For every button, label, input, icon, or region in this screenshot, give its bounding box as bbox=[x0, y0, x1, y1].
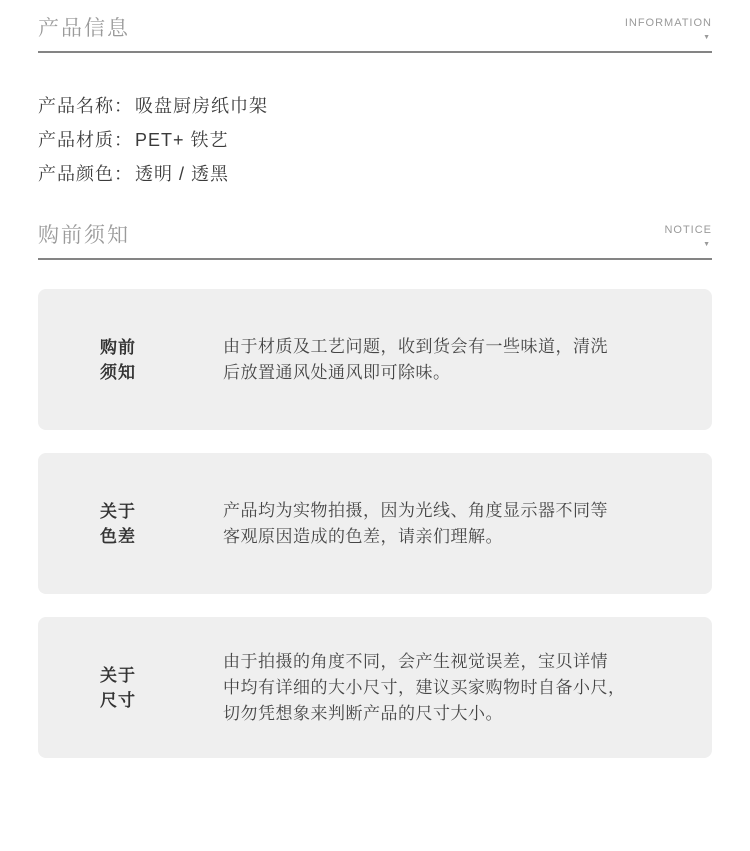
product-color-row: 产品颜色：透明 / 透黑 bbox=[38, 157, 712, 191]
card-text-line: 客观原因造成的色差，请亲们理解。 bbox=[223, 524, 656, 550]
product-name-label: 产品名称： bbox=[38, 96, 133, 116]
notice-cards: 购前 须知 由于材质及工艺问题，收到货会有一些味道，清洗 后放置通风处通风即可除… bbox=[38, 289, 712, 758]
product-name-value: 吸盘厨房纸巾架 bbox=[135, 96, 268, 116]
card-text-line: 由于材质及工艺问题，收到货会有一些味道，清洗 bbox=[223, 334, 656, 360]
notice-card-size: 关于 尺寸 由于拍摄的角度不同，会产生视觉误差，宝贝详情 中均有详细的大小尺寸，… bbox=[38, 617, 712, 758]
notice-card-color-difference-title: 关于 色差 bbox=[100, 499, 223, 549]
card-text-line: 由于拍摄的角度不同，会产生视觉误差，宝贝详情 bbox=[223, 649, 656, 675]
chevron-down-icon: ▼ bbox=[625, 33, 712, 42]
product-material-value: PET+ 铁艺 bbox=[135, 130, 229, 150]
section-subtitle-notice: NOTICE ▼ bbox=[664, 224, 712, 249]
section-subtitle-information: INFORMATION ▼ bbox=[625, 17, 712, 42]
notice-section-header: 购前须知 NOTICE ▼ bbox=[38, 223, 712, 260]
card-text-line: 切勿凭想象来判断产品的尺寸大小。 bbox=[223, 701, 656, 727]
card-title-line: 须知 bbox=[100, 360, 223, 385]
information-label: INFORMATION bbox=[625, 17, 712, 30]
card-text-line: 后放置通风处通风即可除味。 bbox=[223, 360, 656, 386]
card-text-line: 中均有详细的大小尺寸，建议买家购物时自备小尺， bbox=[223, 675, 656, 701]
product-material-label: 产品材质： bbox=[38, 130, 133, 150]
notice-card-color-difference-text: 产品均为实物拍摄，因为光线、角度显示器不同等 客观原因造成的色差，请亲们理解。 bbox=[223, 498, 656, 550]
product-color-value: 透明 / 透黑 bbox=[135, 164, 229, 184]
product-info-section-header: 产品信息 INFORMATION ▼ bbox=[38, 16, 712, 53]
card-title-line: 色差 bbox=[100, 524, 223, 549]
product-name-row: 产品名称：吸盘厨房纸巾架 bbox=[38, 89, 712, 123]
card-text-line: 产品均为实物拍摄，因为光线、角度显示器不同等 bbox=[223, 498, 656, 524]
notice-card-prepurchase-text: 由于材质及工艺问题，收到货会有一些味道，清洗 后放置通风处通风即可除味。 bbox=[223, 334, 656, 386]
product-color-label: 产品颜色： bbox=[38, 164, 133, 184]
chevron-down-icon: ▼ bbox=[664, 240, 712, 249]
notice-card-size-text: 由于拍摄的角度不同，会产生视觉误差，宝贝详情 中均有详细的大小尺寸，建议买家购物… bbox=[223, 649, 656, 727]
notice-card-color-difference: 关于 色差 产品均为实物拍摄，因为光线、角度显示器不同等 客观原因造成的色差，请… bbox=[38, 453, 712, 594]
product-info-page: 产品信息 INFORMATION ▼ 产品名称：吸盘厨房纸巾架 产品材质：PET… bbox=[0, 0, 750, 758]
notice-card-prepurchase: 购前 须知 由于材质及工艺问题，收到货会有一些味道，清洗 后放置通风处通风即可除… bbox=[38, 289, 712, 430]
notice-card-prepurchase-title: 购前 须知 bbox=[100, 335, 223, 385]
notice-card-size-title: 关于 尺寸 bbox=[100, 663, 223, 713]
section-title-product-info: 产品信息 bbox=[38, 16, 130, 42]
section-title-notice: 购前须知 bbox=[38, 223, 130, 249]
card-title-line: 关于 bbox=[100, 499, 223, 524]
card-title-line: 购前 bbox=[100, 335, 223, 360]
card-title-line: 关于 bbox=[100, 663, 223, 688]
product-spec-list: 产品名称：吸盘厨房纸巾架 产品材质：PET+ 铁艺 产品颜色：透明 / 透黑 bbox=[38, 89, 712, 191]
product-material-row: 产品材质：PET+ 铁艺 bbox=[38, 123, 712, 157]
card-title-line: 尺寸 bbox=[100, 688, 223, 713]
notice-label: NOTICE bbox=[664, 224, 712, 237]
